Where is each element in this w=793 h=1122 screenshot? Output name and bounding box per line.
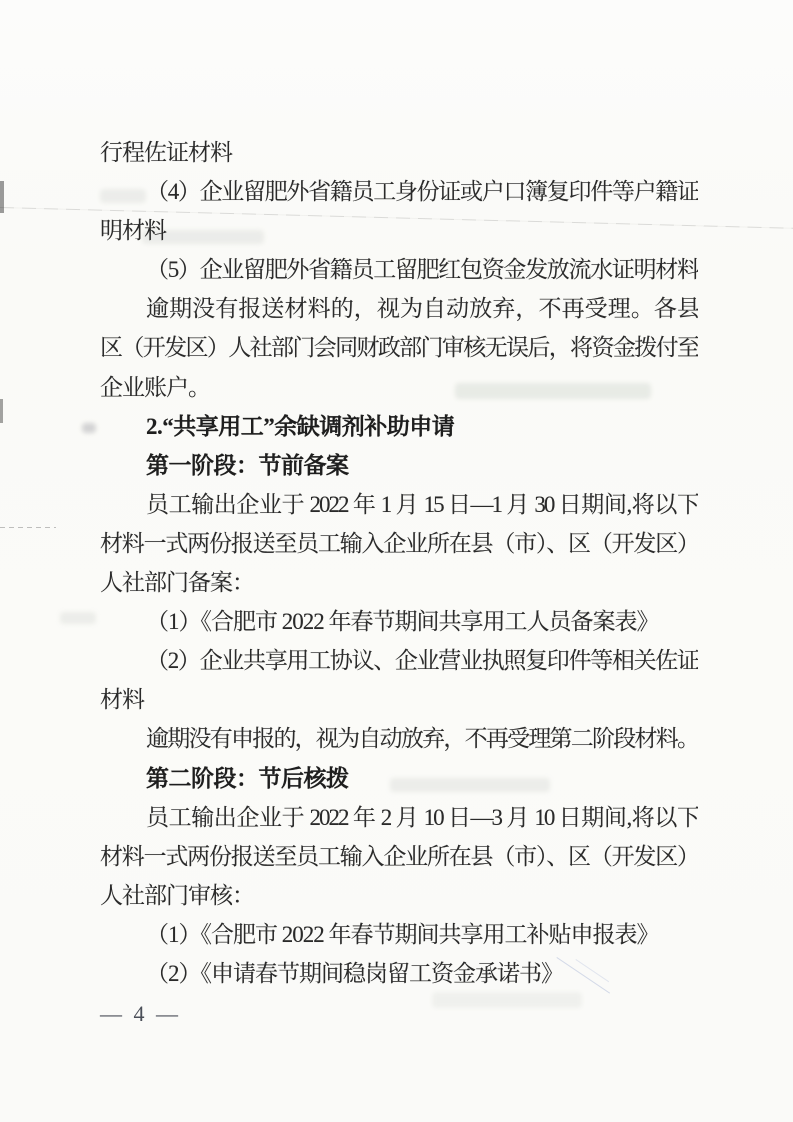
bleedthrough-smudge	[60, 612, 96, 624]
text-line: 材料一式两份报送至员工输入企业所在县（市）、区（开发区）	[100, 524, 698, 563]
bleedthrough-smudge	[82, 423, 96, 433]
bleedthrough-smudge	[432, 992, 582, 1008]
text-line: 人社部门审核：	[100, 876, 698, 915]
text-line: 2.“共享用工”余缺调剂补助申请	[100, 407, 698, 446]
text-line: 区（开发区）人社部门会同财政部门审核无误后，将资金拨付至	[100, 328, 698, 367]
text-line: 材料一式两份报送至员工输入企业所在县（市）、区（开发区）	[100, 837, 698, 876]
scan-edge-mark	[0, 181, 4, 213]
text-line: 员工输出企业于 2022 年 1 月 15 日—1 月 30 日期间,将以下	[100, 485, 698, 524]
text-line: 员工输出企业于 2022 年 2 月 10 日—3 月 10 日期间,将以下	[100, 798, 698, 837]
text-line: 第一阶段：节前备案	[100, 446, 698, 485]
text-line: （1）《合肥市 2022 年春节期间共享用工人员备案表》	[100, 602, 698, 641]
text-line: 企业账户。	[100, 368, 698, 407]
page-number: — 4 —	[100, 1001, 181, 1027]
text-line: 材料	[100, 680, 698, 719]
text-line: 人社部门备案：	[100, 563, 698, 602]
document-body: 行程佐证材料（4）企业留肥外省籍员工身份证或户口簿复印件等户籍证明材料（5）企业…	[100, 133, 698, 993]
text-line: 第二阶段：节后核拨	[100, 759, 698, 798]
text-line: 明材料	[100, 211, 698, 250]
text-line: 逾期没有报送材料的，视为自动放弃，不再受理。各县（市）、	[100, 289, 698, 328]
text-line: （2）企业共享用工协议、企业营业执照复印件等相关佐证	[100, 641, 698, 680]
text-line: （1）《合肥市 2022 年春节期间共享用工补贴申报表》	[100, 915, 698, 954]
scanned-document-page: 行程佐证材料（4）企业留肥外省籍员工身份证或户口簿复印件等户籍证明材料（5）企业…	[0, 0, 793, 1122]
text-line: （5）企业留肥外省籍员工留肥红包资金发放流水证明材料	[100, 250, 698, 289]
scan-dotted-line	[0, 527, 56, 528]
text-line: 逾期没有申报的，视为自动放弃，不再受理第二阶段材料。	[100, 719, 698, 758]
scan-edge-mark	[0, 399, 3, 423]
text-line: （4）企业留肥外省籍员工身份证或户口簿复印件等户籍证	[100, 172, 698, 211]
text-line: 行程佐证材料	[100, 133, 698, 172]
text-line: （2）《申请春节期间稳岗留工资金承诺书》	[100, 954, 698, 993]
